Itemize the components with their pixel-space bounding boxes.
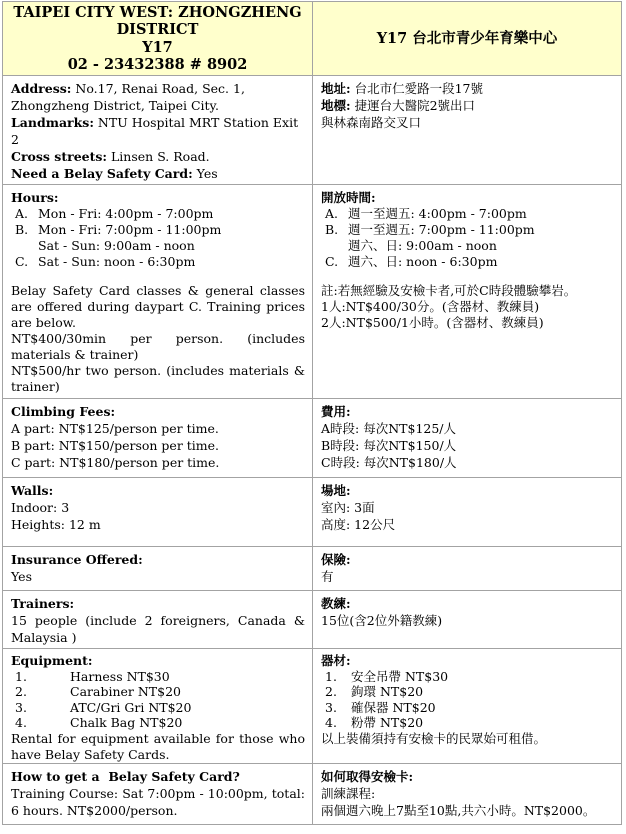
belay-card-heading-zh: 如何取得安檢卡: <box>321 769 413 784</box>
walls-height-line-zh: 高度: 12公尺 <box>321 516 614 533</box>
field-label: 地標: <box>321 98 351 113</box>
schedule-text: Mon - Fri: 7:00pm - 11:00pm <box>38 222 305 238</box>
equipment-item: 2.Carabiner NT$20 <box>11 684 305 700</box>
schedule-text: Mon - Fri: 4:00pm - 7:00pm <box>38 206 305 222</box>
address-line: Address: No.17, Renai Road, Sec. 1, Zhon… <box>11 80 305 114</box>
list-marker: B. <box>15 222 38 238</box>
gym-code: Y17 <box>142 39 173 57</box>
list-marker: 3. <box>325 700 351 716</box>
walls-height-line: Heights: 12 m <box>11 516 305 533</box>
belay-card-detail: Training Course: Sat 7:00pm - 10:00pm, t… <box>11 785 305 819</box>
equipment-text: ATC/Gri Gri NT$20 <box>70 700 305 716</box>
address-row: Address: No.17, Renai Road, Sec. 1, Zhon… <box>3 76 621 185</box>
schedule-text: Sat - Sun: 9:00am - noon <box>38 238 305 254</box>
walls-cell-en: Walls: Indoor: 3 Heights: 12 m <box>3 478 312 546</box>
cross-streets-line-zh: 與林森南路交叉口 <box>321 114 614 131</box>
landmarks-line-zh: 地標: 捷運台大醫院2號出口 <box>321 97 614 114</box>
equipment-text: 確保器 NT$20 <box>351 700 614 716</box>
equipment-item: 1.Harness NT$30 <box>11 669 305 685</box>
schedule-text: 週一至週五: 7:00pm - 11:00pm <box>348 222 614 238</box>
address-cell-en: Address: No.17, Renai Road, Sec. 1, Zhon… <box>3 76 312 184</box>
schedule-line: C.Sat - Sun: noon - 6:30pm <box>11 254 305 270</box>
equipment-text: 安全吊帶 NT$30 <box>351 669 614 685</box>
equipment-text: 鉤環 NT$20 <box>351 684 614 700</box>
equipment-item-zh: 1.安全吊帶 NT$30 <box>321 669 614 685</box>
insurance-cell-en: Insurance Offered: Yes <box>3 547 312 590</box>
spacer <box>321 270 614 283</box>
gym-title-en: TAIPEI CITY WEST: ZHONGZHENG DISTRICT <box>13 4 302 39</box>
equipment-text: Carabiner NT$20 <box>70 684 305 700</box>
field-value: 與林森南路交叉口 <box>321 115 421 130</box>
equipment-note-zh: 以上裝備須持有安檢卡的民眾始可租借。 <box>321 731 614 747</box>
belay-card-heading: How to get a Belay Safety Card? <box>11 769 240 784</box>
section-heading: 如何取得安檢卡: <box>321 768 614 785</box>
walls-cell-zh: 場地: 室內: 3面 高度: 12公尺 <box>312 478 621 546</box>
hours-cell-zh: 開放時間: A.週一至週五: 4:00pm - 7:00pm B.週一至週五: … <box>312 185 621 398</box>
trainers-cell-en: Trainers: 15 people (include 2 foreigner… <box>3 591 312 648</box>
equipment-cell-zh: 器材: 1.安全吊帶 NT$30 2.鉤環 NT$20 3.確保器 NT$20 … <box>312 649 621 763</box>
field-label: Landmarks: <box>11 115 94 130</box>
insurance-row: Insurance Offered: Yes 保險: 有 <box>3 547 621 591</box>
schedule-text: 週六、日: noon - 6:30pm <box>348 254 614 270</box>
training-price-1: NT$400/30min per person. (includes mater… <box>11 331 305 363</box>
header-cell-zh: Y17 台北市青少年育樂中心 <box>312 2 621 75</box>
insurance-heading-zh: 保險: <box>321 552 351 567</box>
equipment-item-zh: 2.鉤環 NT$20 <box>321 684 614 700</box>
list-marker: 2. <box>325 684 351 700</box>
section-heading: Climbing Fees: <box>11 403 305 420</box>
list-marker: 3. <box>15 700 70 716</box>
equipment-heading-zh: 器材: <box>321 653 351 668</box>
walls-heading-zh: 場地: <box>321 483 351 498</box>
walls-row: Walls: Indoor: 3 Heights: 12 m 場地: 室內: 3… <box>3 478 621 547</box>
hours-note-zh: 註:若無經驗及安檢卡者,可於C時段體驗攀岩。 <box>321 283 614 299</box>
walls-indoor-line-zh: 室內: 3面 <box>321 499 614 516</box>
list-marker: 4. <box>325 715 351 731</box>
header-cell-en: TAIPEI CITY WEST: ZHONGZHENG DISTRICT Y1… <box>3 2 312 75</box>
field-label: 地址: <box>321 81 351 96</box>
schedule-text: 週一至週五: 4:00pm - 7:00pm <box>348 206 614 222</box>
belay-card-row: How to get a Belay Safety Card? Training… <box>3 764 621 824</box>
field-label: Address: <box>11 81 71 96</box>
gym-phone: 02 - 23432388 # 8902 <box>68 56 248 74</box>
belay-card-needed-line: Need a Belay Safety Card: Yes <box>11 165 305 182</box>
fee-line-c: C part: NT$180/person per time. <box>11 454 305 471</box>
trainers-detail-zh: 15位(含2位外籍教練) <box>321 612 614 629</box>
section-heading: Hours: <box>11 190 305 206</box>
offers-class-line: Offers Class: Yes 6 hours $NT 2,000 <box>11 182 305 184</box>
fee-line-c-zh: C時段: 每次NT$180/人 <box>321 454 614 471</box>
equipment-item-zh: 3.確保器 NT$20 <box>321 700 614 716</box>
trainers-detail: 15 people (include 2 foreigners, Canada … <box>11 612 305 646</box>
list-marker: B. <box>325 222 348 238</box>
field-value: Yes 6 hours $NT 2,000 <box>100 183 256 184</box>
list-marker <box>15 238 38 254</box>
trainers-heading-zh: 教練: <box>321 596 351 611</box>
schedule-text: 週六、日: 9:00am - noon <box>348 238 614 254</box>
section-heading: Walls: <box>11 482 305 499</box>
equipment-heading: Equipment: <box>11 653 93 668</box>
climbing-gym-info-table: TAIPEI CITY WEST: ZHONGZHENG DISTRICT Y1… <box>2 1 622 825</box>
section-heading: Trainers: <box>11 595 305 612</box>
schedule-line-zh: B.週一至週五: 7:00pm - 11:00pm <box>321 222 614 238</box>
schedule-line-zh: A.週一至週五: 4:00pm - 7:00pm <box>321 206 614 222</box>
section-heading: Equipment: <box>11 653 305 669</box>
section-heading: 費用: <box>321 403 614 420</box>
list-marker: A. <box>15 206 38 222</box>
belay-card-cell-zh: 如何取得安檢卡: 訓練課程: 兩個週六晚上7點至10點,共六小時。NT$2000… <box>312 764 621 824</box>
fee-line-b-zh: B時段: 每次NT$150/人 <box>321 437 614 454</box>
equipment-item: 3.ATC/Gri Gri NT$20 <box>11 700 305 716</box>
hours-heading: Hours: <box>11 190 58 205</box>
header-row: TAIPEI CITY WEST: ZHONGZHENG DISTRICT Y1… <box>3 2 621 76</box>
list-marker: 1. <box>15 669 70 685</box>
hours-row: Hours: A.Mon - Fri: 4:00pm - 7:00pm B.Mo… <box>3 185 621 399</box>
fees-heading: Climbing Fees: <box>11 404 115 419</box>
trainers-cell-zh: 教練: 15位(含2位外籍教練) <box>312 591 621 648</box>
equipment-text: Chalk Bag NT$20 <box>70 715 305 731</box>
field-value: Yes <box>193 166 218 181</box>
hours-cell-en: Hours: A.Mon - Fri: 4:00pm - 7:00pm B.Mo… <box>3 185 312 398</box>
training-price-2-zh: 2人:NT$500/1小時。(含器材、教練員) <box>321 315 614 331</box>
section-heading: 保險: <box>321 551 614 568</box>
equipment-cell-en: Equipment: 1.Harness NT$30 2.Carabiner N… <box>3 649 312 763</box>
gym-title-zh: Y17 台北市青少年育樂中心 <box>377 30 558 48</box>
list-marker: 1. <box>325 669 351 685</box>
walls-heading: Walls: <box>11 483 53 498</box>
section-heading: 器材: <box>321 653 614 669</box>
schedule-text: Sat - Sun: noon - 6:30pm <box>38 254 305 270</box>
schedule-line-zh: C.週六、日: noon - 6:30pm <box>321 254 614 270</box>
schedule-line: B.Mon - Fri: 7:00pm - 11:00pm <box>11 222 305 238</box>
fee-line-a: A part: NT$125/person per time. <box>11 420 305 437</box>
list-marker: 4. <box>15 715 70 731</box>
field-label: Offers Class: <box>11 183 100 184</box>
field-value: 台北市仁愛路一段17號 <box>351 81 483 96</box>
equipment-text: Harness NT$30 <box>70 669 305 685</box>
equipment-item: 4.Chalk Bag NT$20 <box>11 715 305 731</box>
schedule-line: Sat - Sun: 9:00am - noon <box>11 238 305 254</box>
insurance-heading: Insurance Offered: <box>11 552 143 567</box>
field-value: Linsen S. Road. <box>107 149 210 164</box>
landmarks-line: Landmarks: NTU Hospital MRT Station Exit… <box>11 114 305 148</box>
section-heading: 場地: <box>321 482 614 499</box>
belay-card-detail-zh: 兩個週六晚上7點至10點,共六小時。NT$2000。 <box>321 802 614 819</box>
section-heading: 教練: <box>321 595 614 612</box>
field-value: 捷運台大醫院2號出口 <box>351 98 475 113</box>
fees-heading-zh: 費用: <box>321 404 351 419</box>
belay-card-cell-en: How to get a Belay Safety Card? Training… <box>3 764 312 824</box>
list-marker: C. <box>325 254 348 270</box>
equipment-item-zh: 4.粉帶 NT$20 <box>321 715 614 731</box>
insurance-value: Yes <box>11 568 305 585</box>
spacer <box>11 270 305 283</box>
insurance-value-zh: 有 <box>321 568 614 585</box>
training-price-1-zh: 1人:NT$400/30分。(含器材、教練員) <box>321 299 614 315</box>
list-marker: C. <box>15 254 38 270</box>
schedule-line: A.Mon - Fri: 4:00pm - 7:00pm <box>11 206 305 222</box>
address-cell-zh: 地址: 台北市仁愛路一段17號 地標: 捷運台大醫院2號出口 與林森南路交叉口 <box>312 76 621 184</box>
list-marker: A. <box>325 206 348 222</box>
equipment-text: 粉帶 NT$20 <box>351 715 614 731</box>
section-heading: 開放時間: <box>321 190 614 206</box>
cross-streets-line: Cross streets: Linsen S. Road. <box>11 148 305 165</box>
equipment-row: Equipment: 1.Harness NT$30 2.Carabiner N… <box>3 649 621 764</box>
hours-heading-zh: 開放時間: <box>321 190 376 205</box>
fees-row: Climbing Fees: A part: NT$125/person per… <box>3 399 621 478</box>
hours-note: Belay Safety Card classes & general clas… <box>11 283 305 331</box>
insurance-cell-zh: 保險: 有 <box>312 547 621 590</box>
fee-line-b: B part: NT$150/person per time. <box>11 437 305 454</box>
section-heading: Insurance Offered: <box>11 551 305 568</box>
belay-card-course-zh: 訓練課程: <box>321 785 614 802</box>
fees-cell-zh: 費用: A時段: 每次NT$125/人 B時段: 每次NT$150/人 C時段:… <box>312 399 621 477</box>
field-label: Need a Belay Safety Card: <box>11 166 193 181</box>
equipment-note: Rental for equipment available for those… <box>11 731 305 762</box>
list-marker <box>325 238 348 254</box>
trainers-heading: Trainers: <box>11 596 74 611</box>
section-heading: How to get a Belay Safety Card? <box>11 768 305 785</box>
trainers-row: Trainers: 15 people (include 2 foreigner… <box>3 591 621 649</box>
address-line-zh: 地址: 台北市仁愛路一段17號 <box>321 80 614 97</box>
list-marker: 2. <box>15 684 70 700</box>
schedule-line-zh: 週六、日: 9:00am - noon <box>321 238 614 254</box>
training-price-2: NT$500/hr two person. (includes material… <box>11 363 305 395</box>
fees-cell-en: Climbing Fees: A part: NT$125/person per… <box>3 399 312 477</box>
field-label: Cross streets: <box>11 149 107 164</box>
walls-indoor-line: Indoor: 3 <box>11 499 305 516</box>
fee-line-a-zh: A時段: 每次NT$125/人 <box>321 420 614 437</box>
